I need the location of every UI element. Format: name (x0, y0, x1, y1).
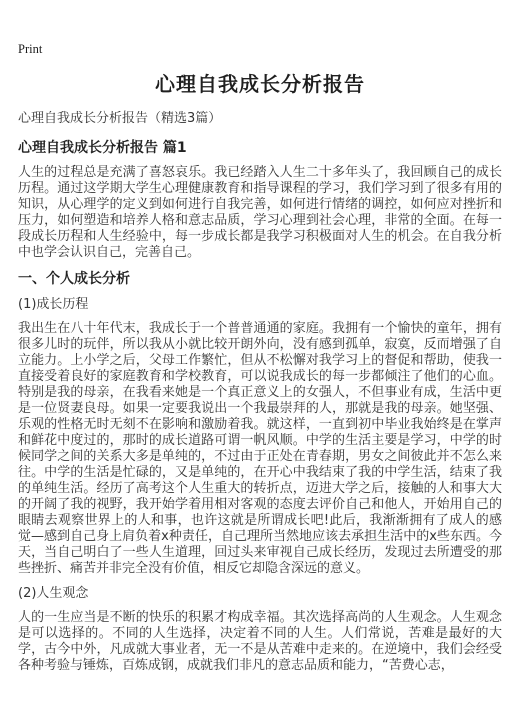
collection-subtitle: 心理自我成长分析报告（精选3篇） (18, 111, 502, 127)
life-view-paragraph: 人的一生应当是不断的快乐的积累才构成幸福。其次选择高尚的人生观念。人生观念是可以… (18, 610, 502, 674)
subsection-2-heading: (2)人生观念 (18, 586, 502, 602)
section-1-heading: 一、个人成长分析 (18, 271, 502, 288)
document-page: Print 心理自我成长分析报告 心理自我成长分析报告（精选3篇） 心理自我成长… (0, 0, 520, 718)
intro-paragraph: 人生的过程总是充满了喜怒哀乐。我已经踏入人生二十多年头了，我回顾自己的成长历程。… (18, 165, 502, 261)
document-title: 心理自我成长分析报告 (18, 71, 502, 97)
growth-history-paragraph: 我出生在八十年代末，我成长于一个普普通通的家庭。我拥有一个愉快的童年，拥有很多儿… (18, 321, 502, 577)
subsection-1-heading: (1)成长历程 (18, 297, 502, 313)
article-1-heading: 心理自我成长分析报告 篇1 (18, 140, 502, 157)
print-link[interactable]: Print (18, 42, 42, 57)
